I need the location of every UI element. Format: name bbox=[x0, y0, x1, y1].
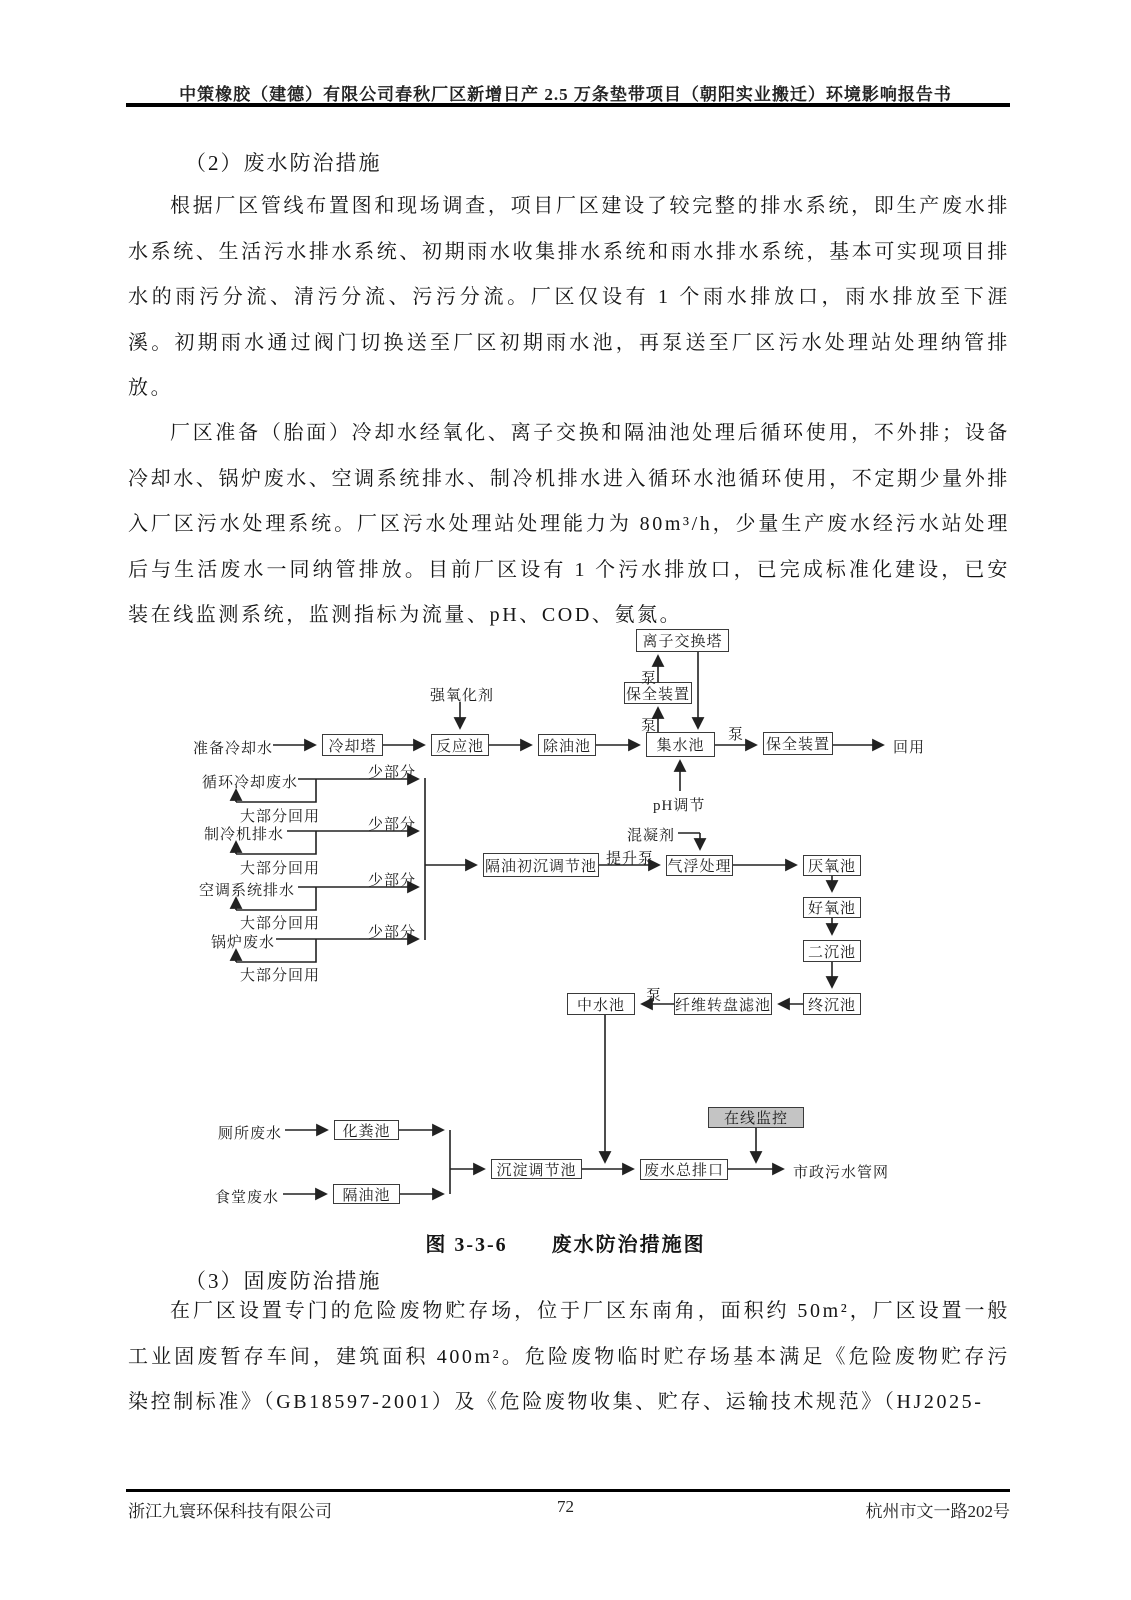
node-grease-trap: 隔油池 bbox=[333, 1184, 400, 1204]
node-reclaimed-water-tank: 中水池 bbox=[567, 993, 635, 1015]
label-major-part-reuse-3: 大部分回用 bbox=[240, 912, 320, 933]
label-major-part-reuse-2: 大部分回用 bbox=[240, 857, 320, 878]
report-page: 中策橡胶（建德）有限公司春秋厂区新增日产 2.5 万条垫带项目（朝阳实业搬迁）环… bbox=[0, 0, 1131, 1600]
label-circulating-cooling-wastewater: 循环冷却废水 bbox=[202, 771, 298, 792]
node-oil-removal-tank: 除油池 bbox=[538, 734, 596, 756]
header-rule bbox=[126, 103, 1010, 107]
node-air-flotation: 气浮处理 bbox=[666, 855, 733, 876]
figure-caption: 图 3-3-6 废水防治措施图 bbox=[0, 1228, 1131, 1257]
label-major-part-reuse-1: 大部分回用 bbox=[240, 805, 320, 826]
label-pump-right: 泵 bbox=[728, 723, 744, 744]
node-sedimentation-regulating-tank: 沉淀调节池 bbox=[491, 1159, 582, 1179]
label-minor-part-4: 少部分 bbox=[368, 921, 416, 942]
node-ion-exchange-tower: 离子交换塔 bbox=[636, 629, 729, 652]
node-collecting-tank: 集水池 bbox=[646, 732, 715, 757]
section-heading-wastewater: （2）废水防治措施 bbox=[185, 147, 382, 177]
flow-arrows bbox=[0, 618, 1131, 1218]
wastewater-flow-diagram: 离子交换塔 保全装置 冷却塔 反应池 除油池 集水池 保全装置 隔油初沉调节池 … bbox=[0, 618, 1131, 1218]
label-strong-oxidant: 强氧化剂 bbox=[430, 684, 494, 705]
label-lift-pump: 提升泵 bbox=[606, 847, 654, 868]
label-chiller-drain: 制冷机排水 bbox=[204, 823, 284, 844]
label-ph-adjust: pH调节 bbox=[653, 794, 705, 815]
label-major-part-reuse-4: 大部分回用 bbox=[240, 964, 320, 985]
node-maintenance-device-upper: 保全装置 bbox=[624, 682, 692, 704]
label-reuse: 回用 bbox=[893, 736, 925, 757]
label-municipal-sewage-network: 市政污水管网 bbox=[793, 1161, 889, 1182]
label-pump-upper: 泵 bbox=[641, 667, 657, 688]
node-online-monitoring: 在线监控 bbox=[708, 1107, 804, 1128]
label-pump-filter: 泵 bbox=[646, 984, 662, 1005]
paragraph-solid-waste: 在厂区设置专门的危险废物贮存场，位于厂区东南角，面积约 50m²，厂区设置一般工… bbox=[128, 1289, 1010, 1426]
label-toilet-wastewater: 厕所废水 bbox=[218, 1122, 282, 1143]
label-pump-mid: 泵 bbox=[641, 714, 657, 735]
node-cooling-tower: 冷却塔 bbox=[322, 734, 383, 756]
node-final-sedimentation-tank: 终沉池 bbox=[803, 993, 861, 1015]
node-fiber-disc-filter: 纤维转盘滤池 bbox=[674, 993, 772, 1015]
label-ac-system-drain: 空调系统排水 bbox=[199, 879, 295, 900]
document-header-title: 中策橡胶（建德）有限公司春秋厂区新增日产 2.5 万条垫带项目（朝阳实业搬迁）环… bbox=[0, 80, 1131, 105]
node-maintenance-device-right: 保全装置 bbox=[763, 732, 833, 755]
node-anaerobic-tank: 厌氧池 bbox=[803, 855, 861, 876]
footer-address: 杭州市文一路202号 bbox=[866, 1497, 1011, 1522]
label-minor-part-2: 少部分 bbox=[368, 813, 416, 834]
node-secondary-sedimentation-tank: 二沉池 bbox=[803, 940, 861, 962]
label-minor-part-3: 少部分 bbox=[368, 869, 416, 890]
label-canteen-wastewater: 食堂废水 bbox=[215, 1186, 279, 1207]
node-septic-tank: 化粪池 bbox=[334, 1120, 399, 1140]
node-aerobic-tank: 好氧池 bbox=[803, 897, 861, 918]
footer-rule bbox=[126, 1489, 1010, 1492]
label-prepared-cooling-water: 准备冷却水 bbox=[193, 737, 273, 758]
label-coagulant: 混凝剂 bbox=[627, 824, 675, 845]
paragraph-drainage-system: 根据厂区管线布置图和现场调查，项目厂区建设了较完整的排水系统，即生产废水排水系统… bbox=[128, 184, 1010, 412]
node-wastewater-outlet: 废水总排口 bbox=[640, 1159, 728, 1180]
node-reaction-tank: 反应池 bbox=[431, 734, 489, 756]
label-boiler-wastewater: 锅炉废水 bbox=[211, 931, 275, 952]
paragraph-treatment-capacity: 厂区准备（胎面）冷却水经氧化、离子交换和隔油池处理后循环使用，不外排；设备冷却水… bbox=[128, 411, 1010, 639]
label-minor-part-1: 少部分 bbox=[368, 761, 416, 782]
node-oil-sep-sedimentation-tank: 隔油初沉调节池 bbox=[483, 853, 599, 877]
